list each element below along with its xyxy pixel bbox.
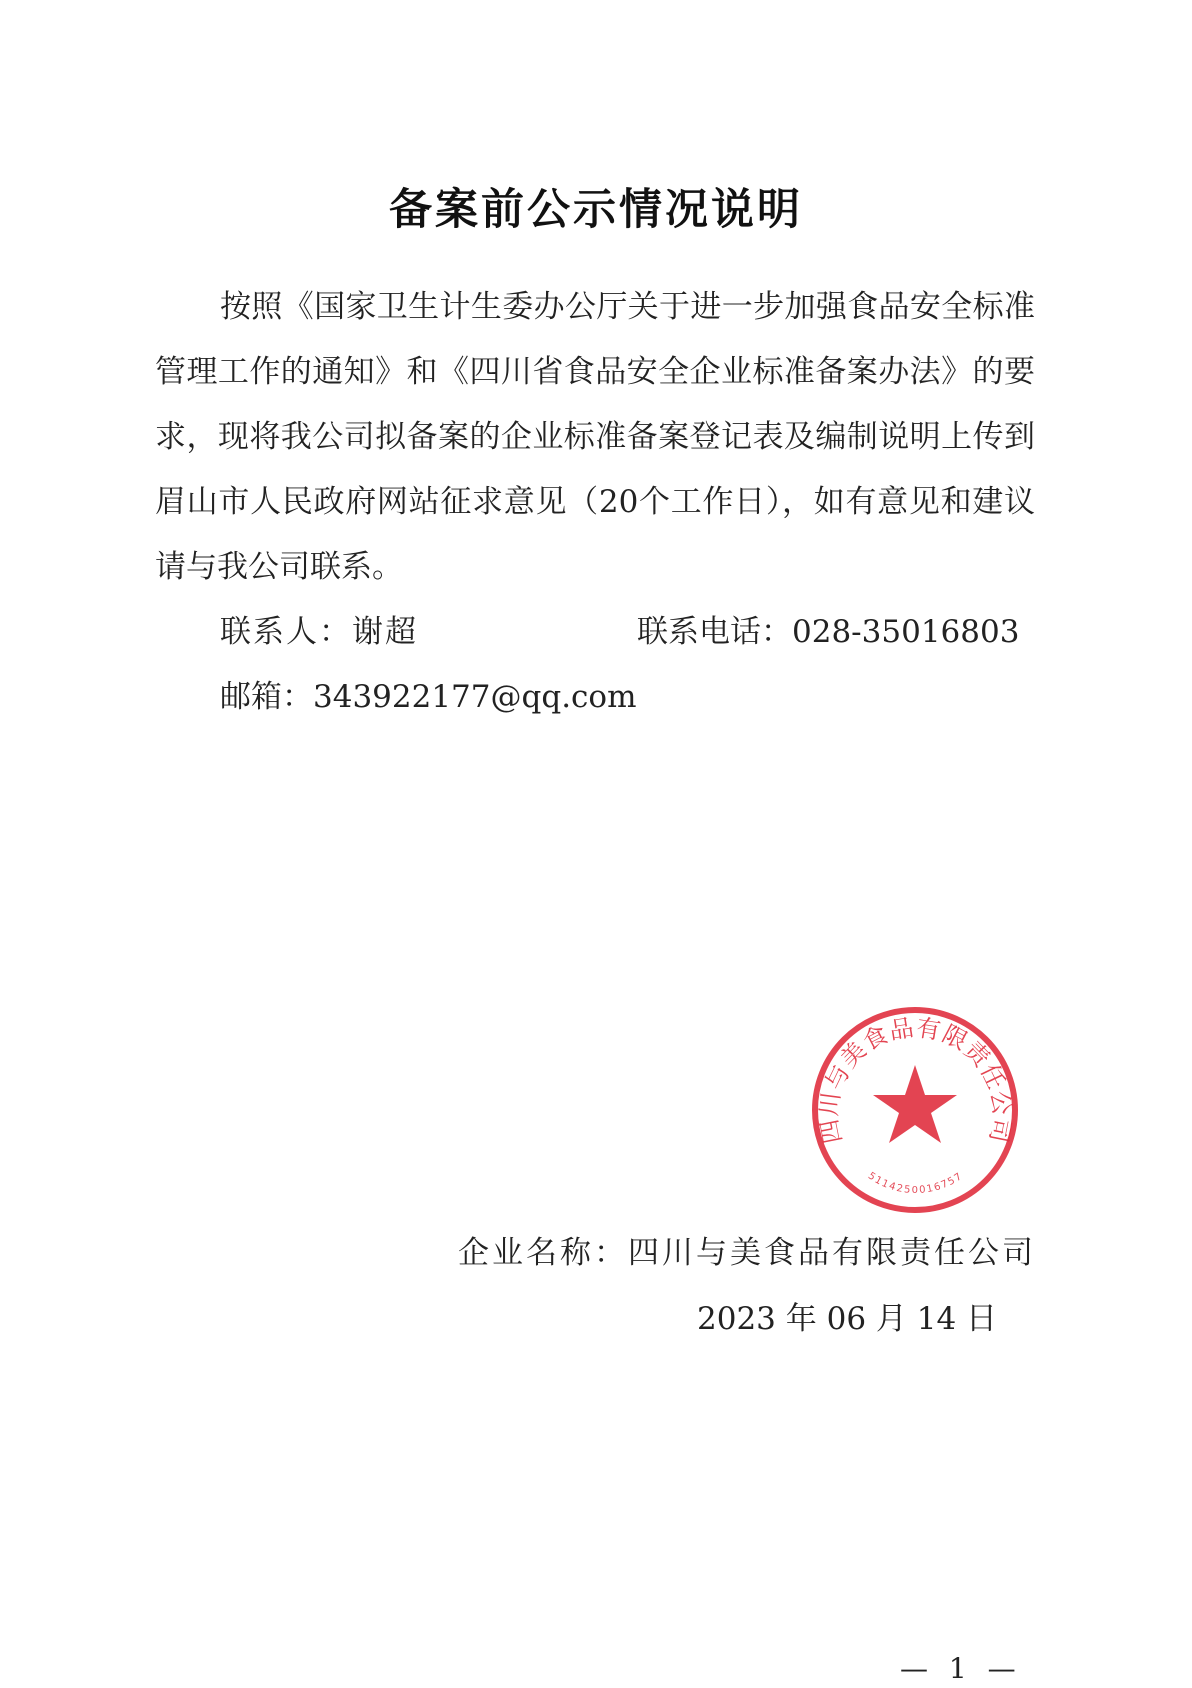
contact-email: 邮箱：343922177@qq.com (220, 677, 636, 717)
body-line-2: 管理工作的通知》和《四川省食品安全企业标准备案办法》的要 (155, 352, 1035, 392)
svg-text:5114250016757: 5114250016757 (866, 1171, 965, 1197)
page-number: — 1 — (900, 1652, 1022, 1685)
document-title: 备案前公示情况说明 (0, 176, 1192, 237)
star-icon (873, 1065, 957, 1143)
company-seal-stamp: 四川与美食品有限责任公司 5114250016757 (808, 1003, 1022, 1217)
body-line-3: 求，现将我公司拟备案的企业标准备案登记表及编制说明上传到 (155, 417, 1035, 457)
body-line-1: 按照《国家卫生计生委办公厅关于进一步加强食品安全标准 (220, 287, 1035, 327)
company-name: 企业名称：四川与美食品有限责任公司 (458, 1233, 1036, 1273)
contact-phone: 联系电话：028-35016803 (637, 612, 1019, 652)
body-line-5: 请与我公司联系。 (155, 547, 403, 587)
contact-person: 联系人：谢超 (220, 612, 418, 652)
document-date: 2023 年 06 月 14 日 (697, 1299, 997, 1339)
body-line-4: 眉山市人民政府网站征求意见（20个工作日），如有意见和建议 (155, 482, 1035, 522)
